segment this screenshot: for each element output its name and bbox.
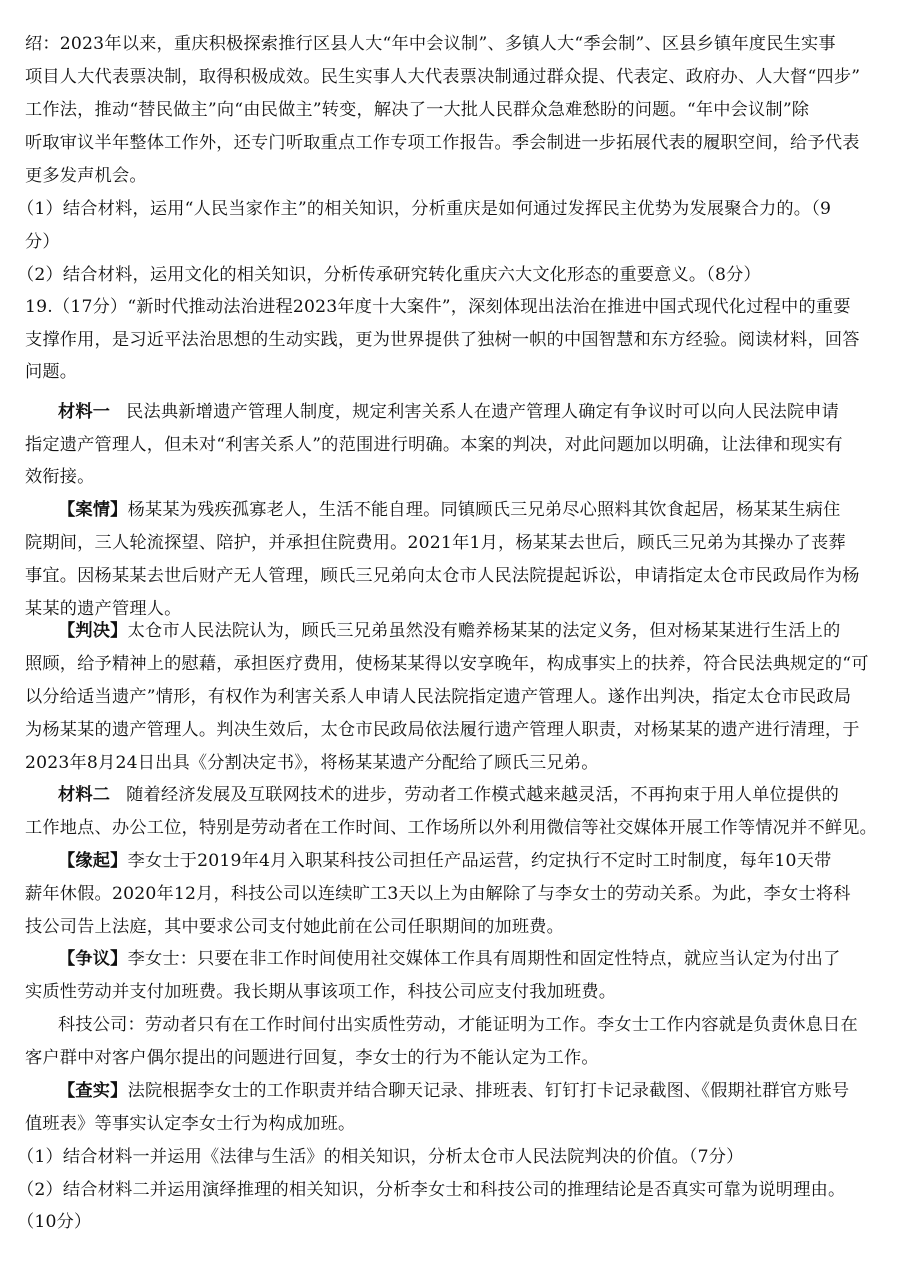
material2-line: 工作地点、办公工位，特别是劳动者在工作时间、工作场所以外利用微信等社交媒体开展工… xyxy=(25,813,880,843)
intro-line: 项目人大代表票决制，取得积极成效。民生实事人大代表票决制通过群众提、代表定、政府… xyxy=(25,62,880,92)
judgment-line: 照顾，给予精神上的慰藉，承担医疗费用，使杨某某得以安享晚年，构成事实上的扶养，符… xyxy=(25,649,880,679)
material1-line: 效衔接。 xyxy=(25,462,880,492)
q18-sub2: （2）结合材料，运用文化的相关知识，分析传承研究转化重庆六大文化形态的重要意义。… xyxy=(17,260,880,290)
judgment-first-line: 【判决】太仓市人民法院认为，顾氏三兄弟虽然没有赡养杨某某的法定义务，但对杨某某进… xyxy=(58,616,880,646)
material1-first-line: 材料一民法典新增遗产管理人制度，规定利害关系人在遗产管理人确定有争议时可以向人民… xyxy=(58,397,880,427)
q18-sub1: 分） xyxy=(25,227,880,257)
case-facts-text: 杨某某为残疾孤寡老人，生活不能自理。同镇顾氏三兄弟尽心照料其饮食起居，杨某某生病… xyxy=(128,500,841,520)
intro-line: 听取审议半年整体工作外，还专门听取重点工作专项工作报告。季会制进一步拓展代表的履… xyxy=(25,128,880,158)
dispute-first-line: 【争议】李女士：只要在非工作时间使用社交媒体工作具有周期性和固定性特点，就应当认… xyxy=(58,944,880,974)
material1-text: 民法典新增遗产管理人制度，规定利害关系人在遗产管理人确定有争议时可以向人民法院申… xyxy=(126,402,839,422)
origin-label: 【缘起】 xyxy=(58,851,128,871)
q19-sub2: （10分） xyxy=(17,1207,880,1237)
q19-stem: 支撑作用，是习近平法治思想的生动实践，更为世界提供了独树一帜的中国智慧和东方经验… xyxy=(25,325,880,355)
origin-line: 技公司告上法庭，其中要求公司支付她此前在公司任职期间的加班费。 xyxy=(25,912,880,942)
verification-first-line: 【查实】法院根据李女士的工作职责并结合聊天记录、排班表、钉钉打卡记录截图、《假期… xyxy=(58,1076,880,1106)
case-facts-line: 院期间，三人轮流探望、陪护，并承担住院费用。2021年1月，杨某某去世后，顾氏三… xyxy=(25,528,880,558)
case-facts-first-line: 【案情】杨某某为残疾孤寡老人，生活不能自理。同镇顾氏三兄弟尽心照料其饮食起居，杨… xyxy=(58,495,880,525)
q19-sub2: （2）结合材料二并运用演绎推理的相关知识，分析李女士和科技公司的推理结论是否真实… xyxy=(17,1175,880,1205)
judgment-text: 太仓市人民法院认为，顾氏三兄弟虽然没有赡养杨某某的法定义务，但对杨某某进行生活上… xyxy=(128,621,841,641)
dispute-text: 李女士：只要在非工作时间使用社交媒体工作具有周期性和固定性特点，就应当认定为付出… xyxy=(128,949,841,969)
material2-text: 随着经济发展及互联网技术的进步，劳动者工作模式越来越灵活，不再拘束于用人单位提供… xyxy=(126,785,839,805)
q19-stem: 19.（17分）“新时代推动法治进程2023年度十大案件”，深刻体现出法治在推进… xyxy=(25,292,880,322)
dispute-line: 实质性劳动并支付加班费。我长期从事该项工作，科技公司应支付我加班费。 xyxy=(25,977,880,1007)
q19-sub1: （1）结合材料一并运用《法律与生活》的相关知识，分析太仓市人民法院判决的价值。（… xyxy=(17,1142,880,1172)
material1-label: 材料一 xyxy=(58,402,110,422)
intro-line: 绍：2023年以来，重庆积极探索推行区县人大“年中会议制”、多镇人大“季会制”、… xyxy=(25,29,880,59)
case-facts-label: 【案情】 xyxy=(58,500,128,520)
intro-line: 工作法，推动“替民做主”向“由民做主”转变，解决了一大批人民群众急难愁盼的问题。… xyxy=(25,95,880,125)
verification-text: 法院根据李女士的工作职责并结合聊天记录、排班表、钉钉打卡记录截图、《假期社群官方… xyxy=(128,1081,850,1101)
exam-page: 绍：2023年以来，重庆积极探索推行区县人大“年中会议制”、多镇人大“季会制”、… xyxy=(0,0,900,1279)
material1-line: 指定遗产管理人，但未对“利害关系人”的范围进行明确。本案的判决，对此问题加以明确… xyxy=(25,430,880,460)
origin-first-line: 【缘起】李女士于2019年4月入职某科技公司担任产品运营，约定执行不定时工时制度… xyxy=(58,846,880,876)
verification-line: 值班表》等事实认定李女士行为构成加班。 xyxy=(25,1109,880,1139)
case-facts-line: 事宜。因杨某某去世后财产无人管理，顾氏三兄弟向太仓市人民法院提起诉讼，申请指定太… xyxy=(25,561,880,591)
verification-label: 【查实】 xyxy=(58,1081,128,1101)
origin-text: 李女士于2019年4月入职某科技公司担任产品运营，约定执行不定时工时制度，每年1… xyxy=(128,851,832,871)
company-argument-line: 客户群中对客户偶尔提出的问题进行回复，李女士的行为不能认定为工作。 xyxy=(25,1043,880,1073)
judgment-line: 为杨某某的遗产管理人。判决生效后，太仓市民政局依法履行遗产管理人职责，对杨某某的… xyxy=(25,715,880,745)
intro-line: 更多发声机会。 xyxy=(25,161,880,191)
dispute-label: 【争议】 xyxy=(58,949,128,969)
q19-stem: 问题。 xyxy=(25,357,880,387)
material2-first-line: 材料二随着经济发展及互联网技术的进步，劳动者工作模式越来越灵活，不再拘束于用人单… xyxy=(58,780,880,810)
judgment-line: 以分给适当遗产”情形，有权作为利害关系人申请人民法院指定遗产管理人。遂作出判决，… xyxy=(25,682,880,712)
judgment-label: 【判决】 xyxy=(58,621,128,641)
origin-line: 薪年休假。2020年12月，科技公司以连续旷工3天以上为由解除了与李女士的劳动关… xyxy=(25,879,880,909)
company-argument-first-line: 科技公司：劳动者只有在工作时间付出实质性劳动，才能证明为工作。李女士工作内容就是… xyxy=(58,1010,880,1040)
judgment-line: 2023年8月24日出具《分割决定书》，将杨某某遗产分配给了顾氏三兄弟。 xyxy=(25,748,880,778)
q18-sub1: （1）结合材料，运用“人民当家作主”的相关知识，分析重庆是如何通过发挥民主优势为… xyxy=(17,194,880,224)
material2-label: 材料二 xyxy=(58,785,110,805)
